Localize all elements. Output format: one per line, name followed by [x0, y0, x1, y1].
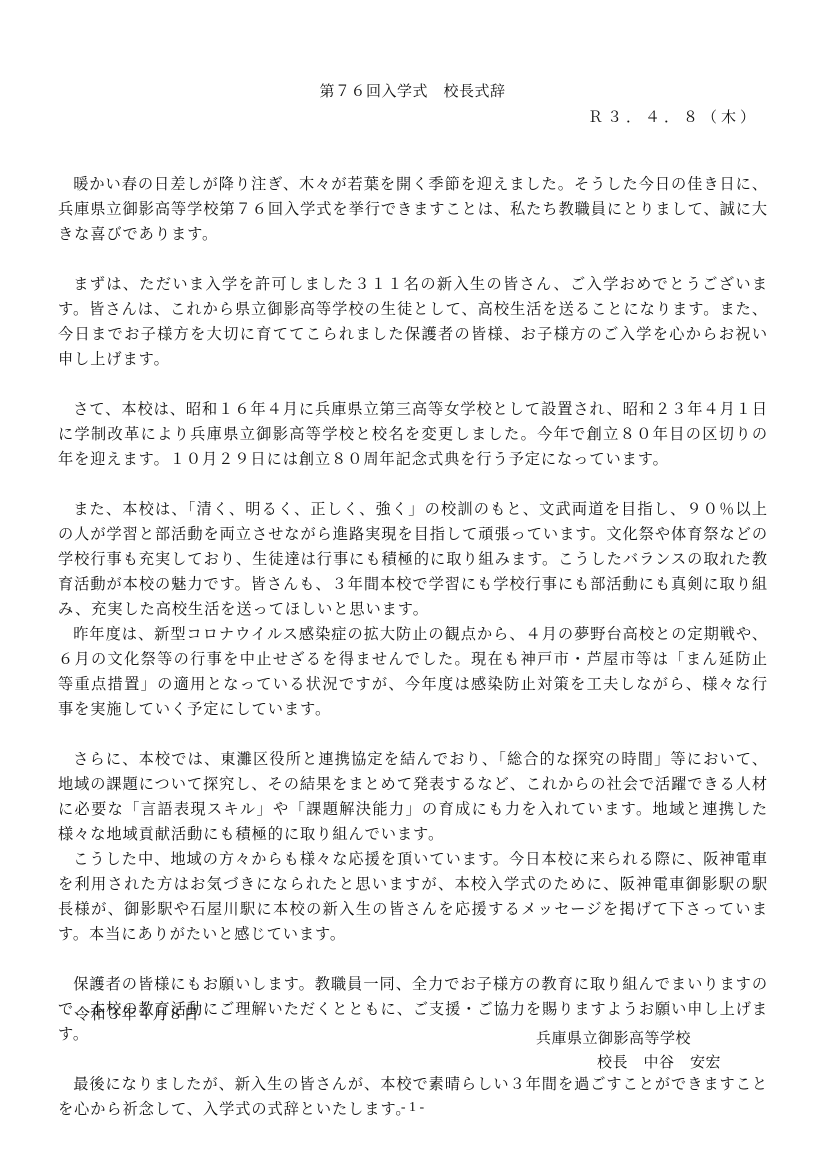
- page-number: - 1 -: [0, 1098, 825, 1118]
- speech-body: 暖かい春の日差しが降り注ぎ、木々が若葉を開く季節を迎えました。そうした今日の佳き…: [58, 147, 768, 1122]
- closing-date: 令和３年４月８日: [75, 1003, 199, 1025]
- spacer: [58, 147, 768, 172]
- school-name: 兵庫県立御影高等学校: [536, 1027, 691, 1049]
- document-title: 第７６回入学式 校長式辞: [0, 80, 825, 102]
- document-page: 第７６回入学式 校長式辞 Ｒ３．４．８（木） 暖かい春の日差しが降り注ぎ、木々が…: [0, 0, 825, 1168]
- spacer: [58, 722, 768, 747]
- paragraph-greeting: 暖かい春の日差しが降り注ぎ、木々が若葉を開く季節を迎えました。そうした今日の佳き…: [58, 172, 768, 247]
- spacer: [58, 472, 768, 497]
- paragraph-welcome: まずは、ただいま入学を許可しました３１１名の新入生の皆さん、ご入学おめでとうござ…: [58, 272, 768, 372]
- paragraph-school-motto: また、本校は、「清く、明るく、正しく、強く」の校訓のもと、文武両道を目指し、９０…: [58, 497, 768, 622]
- spacer: [58, 247, 768, 272]
- paragraph-covid: 昨年度は、新型コロナウイルス感染症の拡大防止の観点から、４月の夢野台高校との定期…: [58, 622, 768, 722]
- paragraph-history: さて、本校は、昭和１６年４月に兵庫県立第三高等女学校として設置され、昭和２３年４…: [58, 397, 768, 472]
- principal-signature: 校長 中谷 安宏: [597, 1051, 721, 1073]
- paragraph-support: こうした中、地域の方々からも様々な応援を頂いています。今日本校に来られる際に、阪…: [58, 847, 768, 947]
- paragraph-community: さらに、本校では、東灘区役所と連携協定を結んでおり、「総合的な探究の時間」等にお…: [58, 747, 768, 847]
- spacer: [58, 372, 768, 397]
- spacer: [58, 947, 768, 972]
- header-date: Ｒ３．４．８（木）: [588, 106, 759, 128]
